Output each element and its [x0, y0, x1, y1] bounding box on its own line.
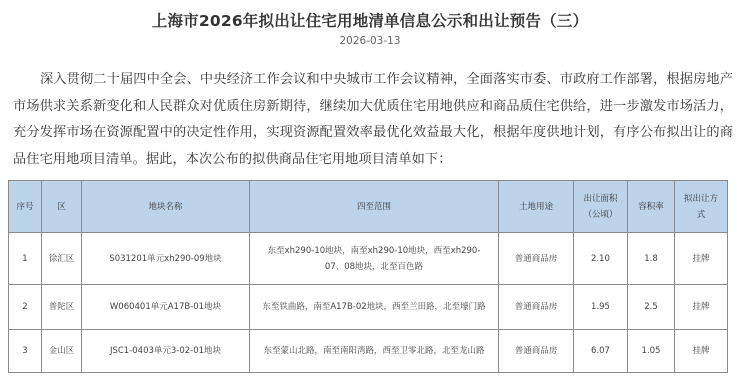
header-method: 拟出让方式 — [675, 181, 728, 233]
cell-far: 1.8 — [628, 233, 675, 285]
cell-seq: 1 — [9, 233, 42, 285]
cell-district: 徐汇区 — [42, 233, 82, 285]
cell-land-use: 普通商品房 — [499, 285, 574, 330]
cell-boundary: 东至蒙山北路，南至南阳湾路，西至卫零北路，北至龙山路 — [250, 330, 499, 373]
table-row: 2 普陀区 W060401单元A17B-01地块 东至铁曲路，南至A17B-02… — [9, 285, 728, 330]
cell-plot-name: S031201单元xh290-09地块 — [82, 233, 250, 285]
cell-plot-name: W060401单元A17B-01地块 — [82, 285, 250, 330]
cell-far: 2.5 — [628, 285, 675, 330]
cell-method: 挂牌 — [675, 330, 728, 373]
intro-paragraph: 深入贯彻二十届四中全会、中央经济工作会议和中央城市工作会议精神，全面落实市委、市… — [13, 67, 733, 173]
cell-area: 2.10 — [574, 233, 628, 285]
table-header-row: 序号 区 地块名称 四至范围 土地用途 出让面积 （公顷） 容积率 拟出让方式 — [9, 181, 728, 233]
cell-area: 1.95 — [574, 285, 628, 330]
cell-area: 6.07 — [574, 330, 628, 373]
header-district: 区 — [42, 181, 82, 233]
table-row: 3 金山区 JSC1-0403单元3-02-01地块 东至蒙山北路，南至南阳湾路… — [9, 330, 728, 373]
header-area-line2: （公顷） — [580, 207, 621, 223]
cell-plot-name: JSC1-0403单元3-02-01地块 — [82, 330, 250, 373]
cell-seq: 2 — [9, 285, 42, 330]
cell-district: 普陀区 — [42, 285, 82, 330]
cell-seq: 3 — [9, 330, 42, 373]
cell-district: 金山区 — [42, 330, 82, 373]
header-boundary: 四至范围 — [250, 181, 499, 233]
cell-boundary: 东至铁曲路，南至A17B-02地块，西至兰田路，北至壕门路 — [250, 285, 499, 330]
publish-date: 2026-03-13 — [0, 35, 740, 47]
header-seq: 序号 — [9, 181, 42, 233]
header-plot-name: 地块名称 — [82, 181, 250, 233]
cell-method: 挂牌 — [675, 285, 728, 330]
cell-land-use: 普通商品房 — [499, 233, 574, 285]
header-area-line1: 出让面积 — [580, 191, 621, 207]
cell-far: 1.05 — [628, 330, 675, 373]
table-row: 1 徐汇区 S031201单元xh290-09地块 东至xh290-10地块，南… — [9, 233, 728, 285]
article-title: 上海市2026年拟出让住宅用地清单信息公示和出让预告（三） — [0, 9, 740, 31]
header-land-use: 土地用途 — [499, 181, 574, 233]
land-plot-table: 序号 区 地块名称 四至范围 土地用途 出让面积 （公顷） 容积率 拟出让方式 … — [8, 180, 728, 373]
cell-method: 挂牌 — [675, 233, 728, 285]
cell-boundary: 东至xh290-10地块，南至xh290-10地块，西至xh290-07、08地… — [250, 233, 499, 285]
header-area: 出让面积 （公顷） — [574, 181, 628, 233]
cell-land-use: 普通商品房 — [499, 330, 574, 373]
header-far: 容积率 — [628, 181, 675, 233]
